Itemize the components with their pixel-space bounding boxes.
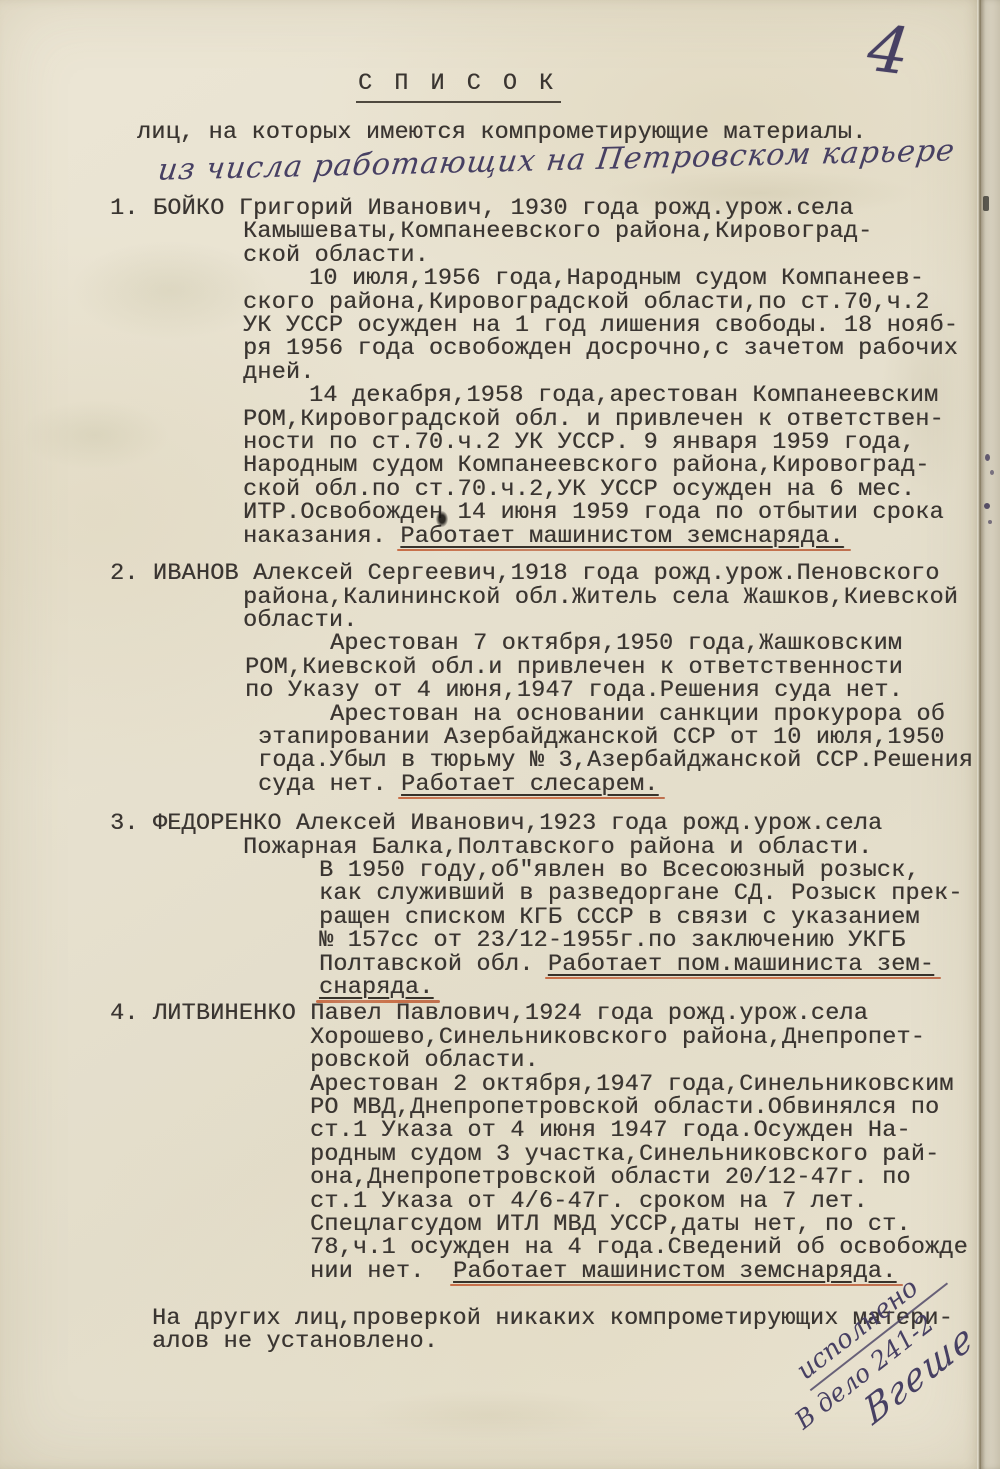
typed-line: Арестован на основании санкции прокурора… bbox=[110, 703, 990, 726]
typed-line: года.Убыл в тюрьму № 3,Азербайджанской С… bbox=[110, 749, 990, 772]
red-underlined-text: Работает машинистом земснаряда. bbox=[400, 523, 843, 550]
typed-line: ИТР.Освобожден 14 июня 1959 года по отбы… bbox=[110, 501, 990, 524]
red-underlined-text: Работает слесарем. bbox=[401, 771, 658, 798]
typed-line: 10 июля,1956 года,Народным судом Компане… bbox=[110, 267, 990, 290]
typed-line: 4. ЛИТВИНЕНКО Павел Павлович,1924 года р… bbox=[110, 1002, 990, 1025]
ink-blot bbox=[436, 511, 448, 527]
typed-line: наказания. Работает машинистом земснаряд… bbox=[110, 525, 990, 548]
typed-line: ст.1 Указа от 4/6-47г. сроком на 7 лет. bbox=[110, 1190, 990, 1213]
document-title: С П И С О К bbox=[356, 72, 561, 103]
typed-line: области. bbox=[110, 609, 990, 632]
typed-line: РОМ,Киевской обл.и привлечен к ответстве… bbox=[110, 656, 990, 679]
typed-line: ровской области. bbox=[110, 1049, 990, 1072]
typed-line: Спецлагсудом ИТЛ МВД УССР,даты нет, по с… bbox=[110, 1213, 990, 1236]
typed-line: снаряда. bbox=[110, 976, 990, 999]
scanned-document-page: { "page": { "number": "4", "title": "С П… bbox=[0, 0, 1000, 1469]
entry-1: 1. БОЙКО Григорий Иванович, 1930 года ро… bbox=[110, 197, 990, 548]
typed-line: по Указу от 4 июня,1947 года.Решения суд… bbox=[110, 679, 990, 702]
typed-line: ращен списком КГБ СССР в связи с указани… bbox=[110, 906, 990, 929]
typed-line: родным судом 3 участка,Синельниковского … bbox=[110, 1143, 990, 1166]
red-underlined-text: снаряда. bbox=[319, 974, 433, 1001]
typed-line: В 1950 году,об"явлен во Всесоюзный розыс… bbox=[110, 859, 990, 882]
typed-line: Народным судом Компанеевского района,Кир… bbox=[110, 454, 990, 477]
typed-line: УК УССР осужден на 1 год лишения свободы… bbox=[110, 314, 990, 337]
typed-line: Полтавской обл. Работает пом.машиниста з… bbox=[110, 953, 990, 976]
entry-4: 4. ЛИТВИНЕНКО Павел Павлович,1924 года р… bbox=[110, 1002, 990, 1283]
typed-line: РО МВД,Днепропетровской области.Обвинялс… bbox=[110, 1096, 990, 1119]
typed-line: ря 1956 года освобожден досрочно,с зачет… bbox=[110, 337, 990, 360]
typed-line: дней. bbox=[110, 361, 990, 384]
red-underlined-text: Работает пом.машиниста зем- bbox=[548, 951, 934, 978]
ink-speck bbox=[990, 470, 994, 475]
typed-line: ст.1 Указа от 4 июня 1947 года.Осужден Н… bbox=[110, 1119, 990, 1142]
entries: 1. БОЙКО Григорий Иванович, 1930 года ро… bbox=[110, 197, 990, 1283]
typed-line: ской области. bbox=[110, 244, 990, 267]
typed-line: Арестован 2 октября,1947 года,Синельнико… bbox=[110, 1073, 990, 1096]
typed-line: Арестован 7 октября,1950 года,Жашковским bbox=[110, 632, 990, 655]
typed-line: района,Калининской обл.Житель села Жашко… bbox=[110, 586, 990, 609]
typed-line: 2. ИВАНОВ Алексей Сергеевич,1918 года ро… bbox=[110, 562, 990, 585]
typed-line: Камышеваты,Компанеевского района,Кировог… bbox=[110, 220, 990, 243]
typed-line: Пожарная Балка,Полтавского района и обла… bbox=[110, 836, 990, 859]
entry-2: 2. ИВАНОВ Алексей Сергеевич,1918 года ро… bbox=[110, 562, 990, 796]
typed-line: ности по ст.70.ч.2 УК УССР. 9 января 195… bbox=[110, 431, 990, 454]
handwritten-page-number: 4 bbox=[864, 12, 913, 90]
typed-line: ского района,Кировоградской области,по с… bbox=[110, 291, 990, 314]
typed-line: ской обл.по ст.70.ч.2,УК УССР осужден на… bbox=[110, 478, 990, 501]
typed-line: 1. БОЙКО Григорий Иванович, 1930 года ро… bbox=[110, 197, 990, 220]
typed-line: она,Днепропетровской области 20/12-47г. … bbox=[110, 1166, 990, 1189]
typed-line: этапировании Азербайджанской ССР от 10 и… bbox=[110, 726, 990, 749]
entry-3: 3. ФЕДОРЕНКО Алексей Иванович,1923 года … bbox=[110, 812, 990, 999]
typed-line: Хорошево,Синельниковского района,Днепроп… bbox=[110, 1026, 990, 1049]
typed-line: суда нет. Работает слесарем. bbox=[110, 773, 990, 796]
typed-line: 78,ч.1 осужден на 4 года.Сведений об осв… bbox=[110, 1236, 990, 1259]
typed-line: как служивший в разведоргане СД. Розыск … bbox=[110, 882, 990, 905]
typed-line: 3. ФЕДОРЕНКО Алексей Иванович,1923 года … bbox=[110, 812, 990, 835]
typed-line: 14 декабря,1958 года,арестован Компанеев… bbox=[110, 384, 990, 407]
typed-line: нии нет. Работает машинистом земснаряда. bbox=[110, 1260, 990, 1283]
typed-line: РОМ,Кировоградской обл. и привлечен к от… bbox=[110, 408, 990, 431]
typed-line: № 157сс от 23/12-1955г.по заключению УКГ… bbox=[110, 929, 990, 952]
red-underlined-text: Работает машинистом земснаряда. bbox=[453, 1258, 896, 1285]
